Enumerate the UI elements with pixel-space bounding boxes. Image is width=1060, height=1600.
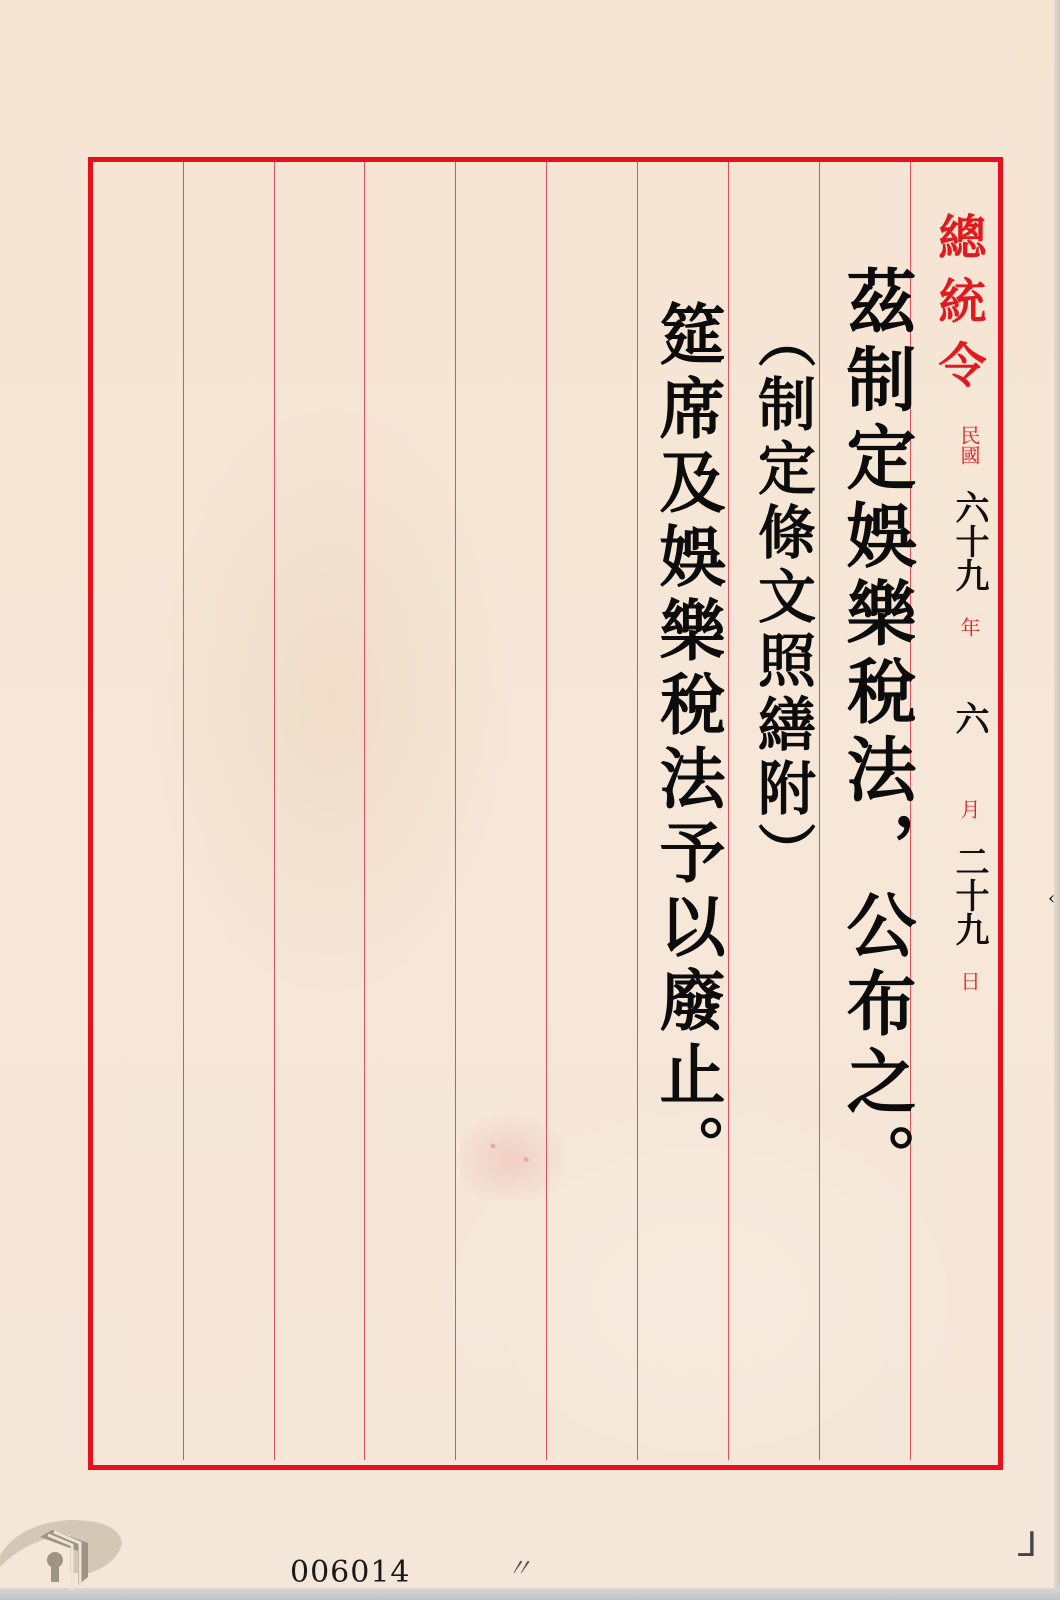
date-month-label: 月 — [957, 799, 981, 819]
document-date: 民國 六十九 年 六 月 二十九 日 — [952, 425, 986, 991]
column-rule — [183, 162, 184, 1460]
date-era-label: 民國 — [957, 425, 981, 465]
archive-book-keyhole-icon — [0, 1515, 130, 1590]
paper-right-edge — [1054, 0, 1060, 1600]
column-rule — [546, 162, 547, 1460]
date-day-label: 日 — [957, 971, 981, 991]
paper-bottom-edge — [0, 1588, 1060, 1600]
body-line-2: （制定條文照繕附） — [740, 310, 824, 886]
date-year: 六十九 — [949, 490, 989, 592]
date-year-label: 年 — [957, 617, 981, 637]
column-rule — [274, 162, 275, 1460]
document-title: 總統令 — [924, 212, 993, 404]
column-rule — [637, 162, 638, 1460]
body-line-1: 茲制定娛樂稅法，公布之。 — [826, 265, 927, 1201]
date-day: 二十九 — [949, 844, 989, 946]
margin-ditto-mark: 〃 — [506, 1548, 532, 1585]
column-rule — [455, 162, 456, 1460]
date-month: 六 — [949, 701, 989, 735]
red-ink-stain — [460, 1110, 570, 1200]
margin-pencil-mark: ⅃ — [1018, 1525, 1037, 1565]
body-line-3: 筵席及娛樂稅法予以廢止。 — [640, 300, 735, 1188]
archive-serial-number: 006014 — [290, 1555, 411, 1590]
column-rule — [364, 162, 365, 1460]
ink-speck: ‹ — [1048, 888, 1055, 909]
